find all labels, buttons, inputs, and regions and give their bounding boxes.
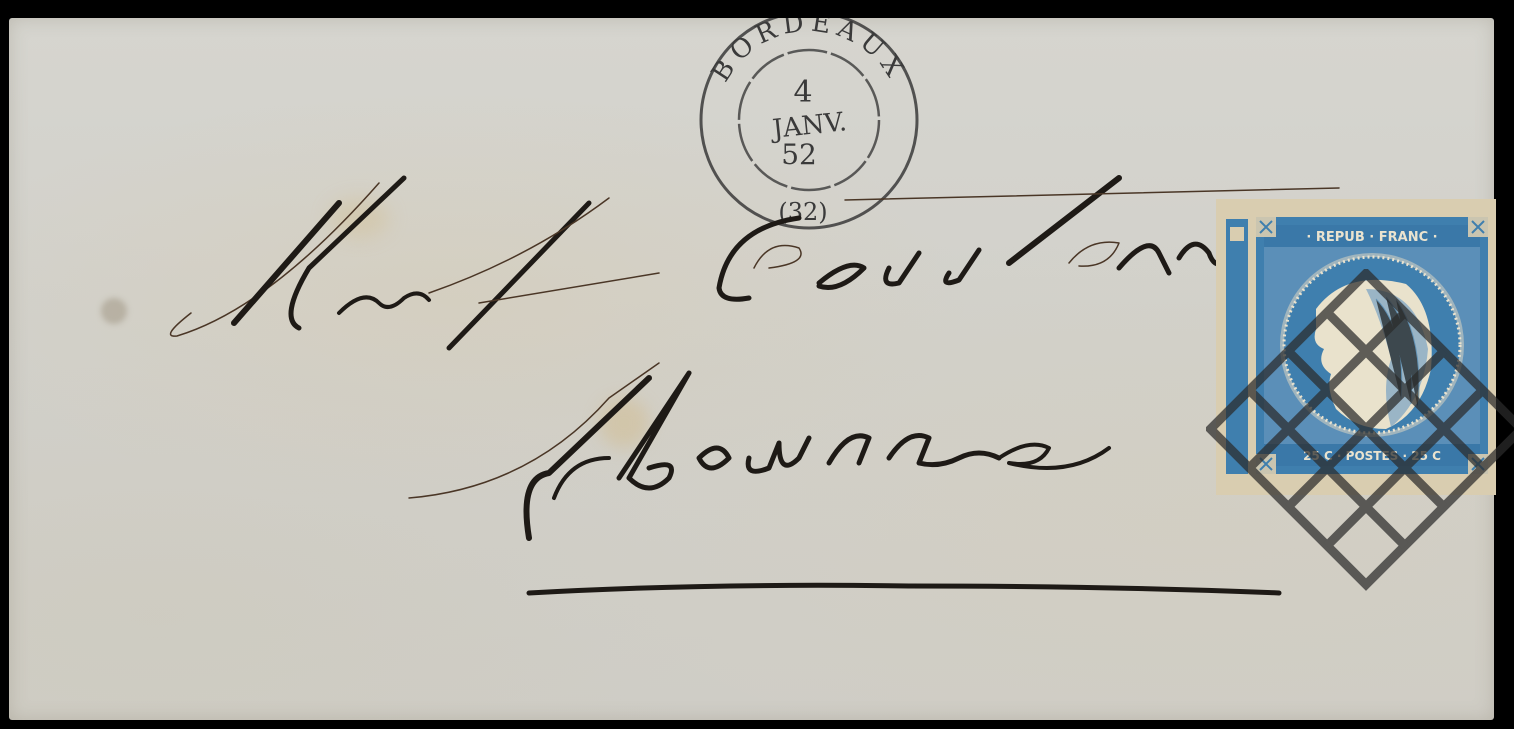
address-line2-city: Libourne	[9, 18, 14, 19]
stamp-top-label: · REPUB · FRANC ·	[1306, 230, 1437, 245]
grid-cancel	[1206, 269, 1514, 649]
address-line1-prefix: Mr	[9, 18, 11, 19]
postage-stamp: · REPUB · FRANC · 25 C · POSTES · 25 C	[1216, 199, 1496, 495]
address-line1-name: Couitou	[9, 18, 13, 19]
envelope-cover: BORDEAUX 4 JANV. 52 (32)	[9, 18, 1494, 720]
